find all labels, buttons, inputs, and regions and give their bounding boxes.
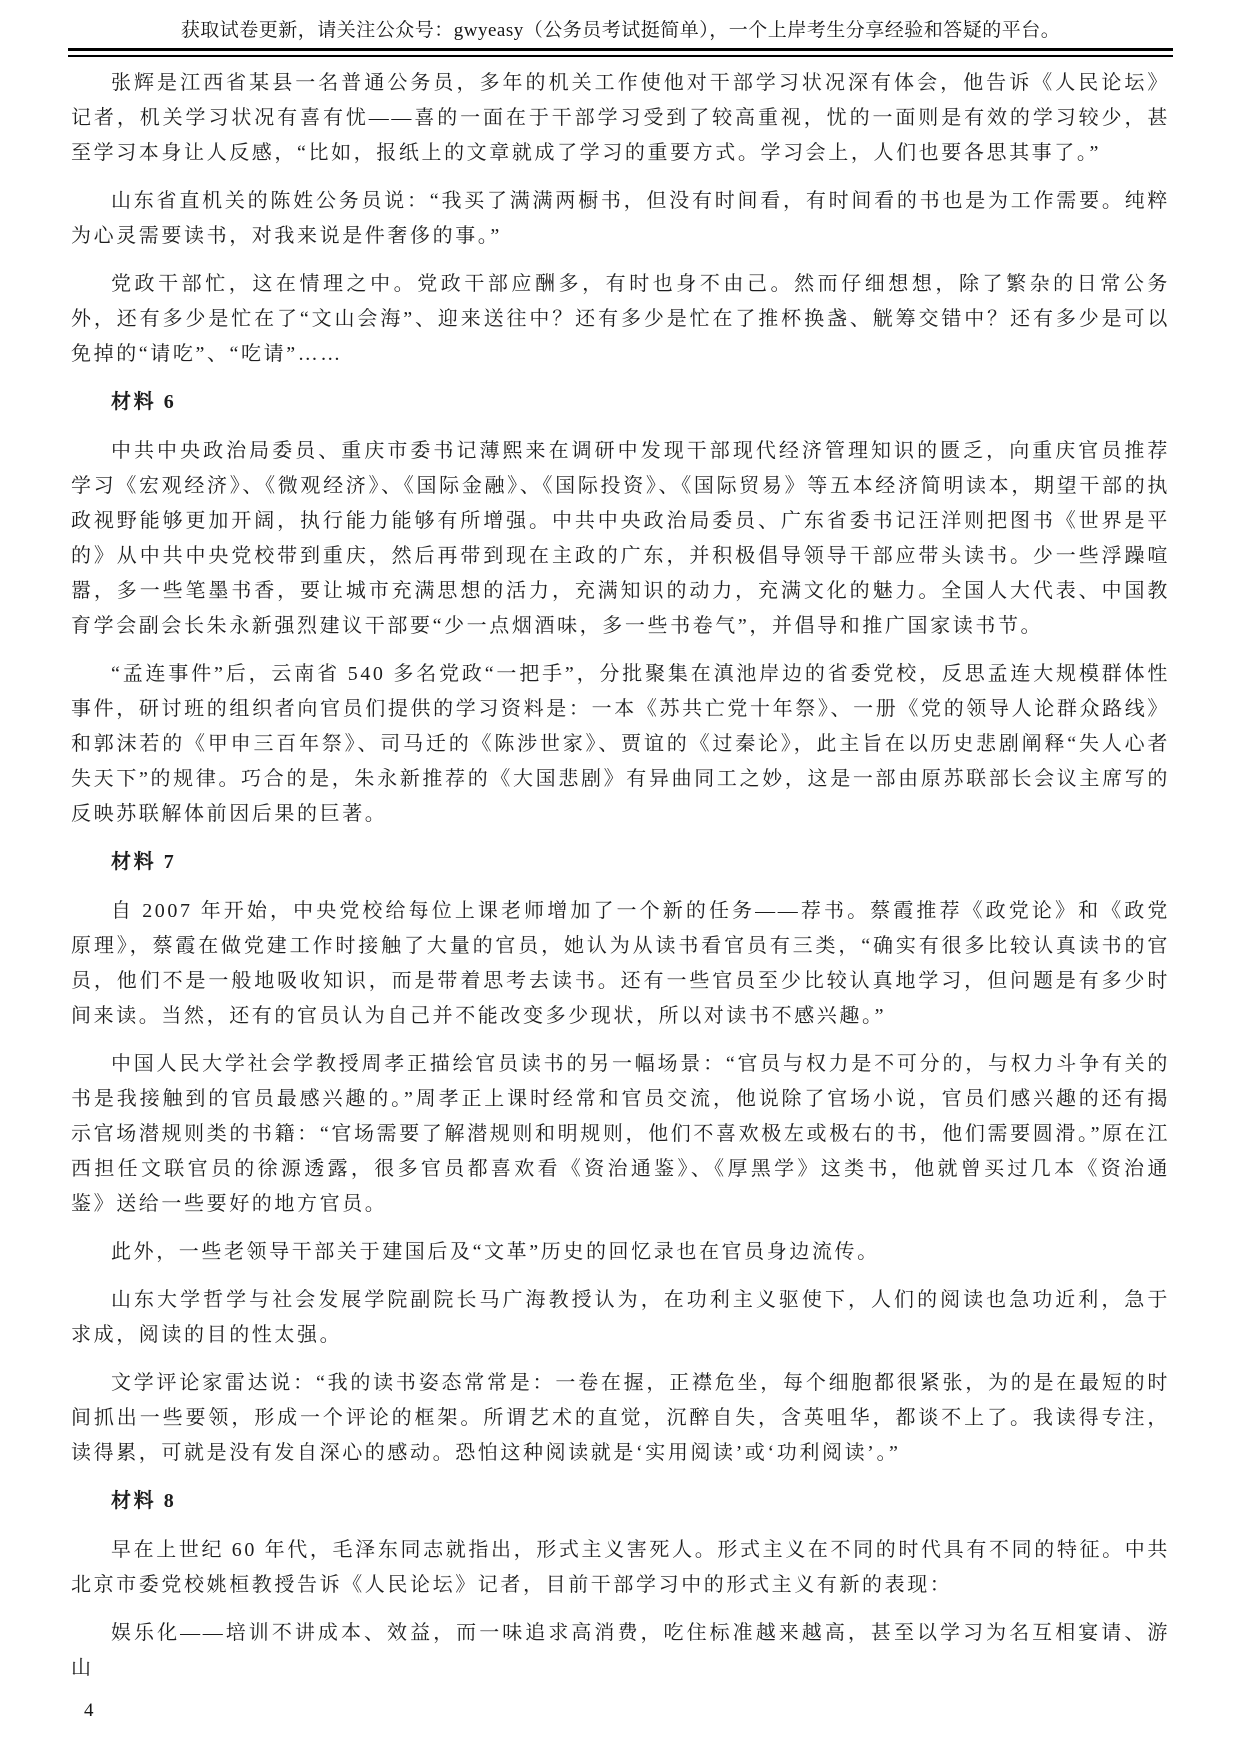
paragraph: 自 2007 年开始，中央党校给每位上课老师增加了一个新的任务——荐书。蔡霞推荐… — [71, 894, 1170, 1034]
page-number: 4 — [84, 1700, 94, 1722]
document-page: 获取试卷更新，请关注公众号：gwyeasy（公务员考试挺简单），一个上岸考生分享… — [0, 0, 1241, 1754]
paragraph: 此外，一些老领导干部关于建国后及“文革”历史的回忆录也在官员身边流传。 — [71, 1235, 1170, 1270]
paragraph: 文学评论家雷达说：“我的读书姿态常常是：一卷在握，正襟危坐，每个细胞都很紧张，为… — [71, 1366, 1170, 1471]
paragraph: “孟连事件”后，云南省 540 多名党政“一把手”，分批聚集在滇池岸边的省委党校… — [71, 657, 1170, 832]
paragraph: 早在上世纪 60 年代，毛泽东同志就指出，形式主义害死人。形式主义在不同的时代具… — [71, 1533, 1170, 1603]
material-heading-8: 材料 8 — [71, 1484, 1170, 1519]
paragraph: 山东省直机关的陈姓公务员说：“我买了满满两橱书，但没有时间看，有时间看的书也是为… — [71, 184, 1170, 254]
paragraph: 娱乐化——培训不讲成本、效益，而一味追求高消费，吃住标准越来越高，甚至以学习为名… — [71, 1616, 1170, 1686]
paragraph: 张辉是江西省某县一名普通公务员，多年的机关工作使他对干部学习状况深有体会，他告诉… — [71, 66, 1170, 171]
material-heading-6: 材料 6 — [71, 385, 1170, 420]
material-heading-7: 材料 7 — [71, 845, 1170, 880]
paragraph: 中共中央政治局委员、重庆市委书记薄熙来在调研中发现干部现代经济管理知识的匮乏，向… — [71, 434, 1170, 644]
header-divider — [68, 48, 1173, 57]
paragraph: 中国人民大学社会学教授周孝正描绘官员读书的另一幅场景：“官员与权力是不可分的，与… — [71, 1047, 1170, 1222]
paragraph: 山东大学哲学与社会发展学院副院长马广海教授认为，在功利主义驱使下，人们的阅读也急… — [71, 1283, 1170, 1353]
header-notice: 获取试卷更新，请关注公众号：gwyeasy（公务员考试挺简单），一个上岸考生分享… — [0, 0, 1241, 42]
paragraph: 党政干部忙，这在情理之中。党政干部应酬多，有时也身不由己。然而仔细想想，除了繁杂… — [71, 267, 1170, 372]
document-body: 张辉是江西省某县一名普通公务员，多年的机关工作使他对干部学习状况深有体会，他告诉… — [71, 66, 1170, 1686]
